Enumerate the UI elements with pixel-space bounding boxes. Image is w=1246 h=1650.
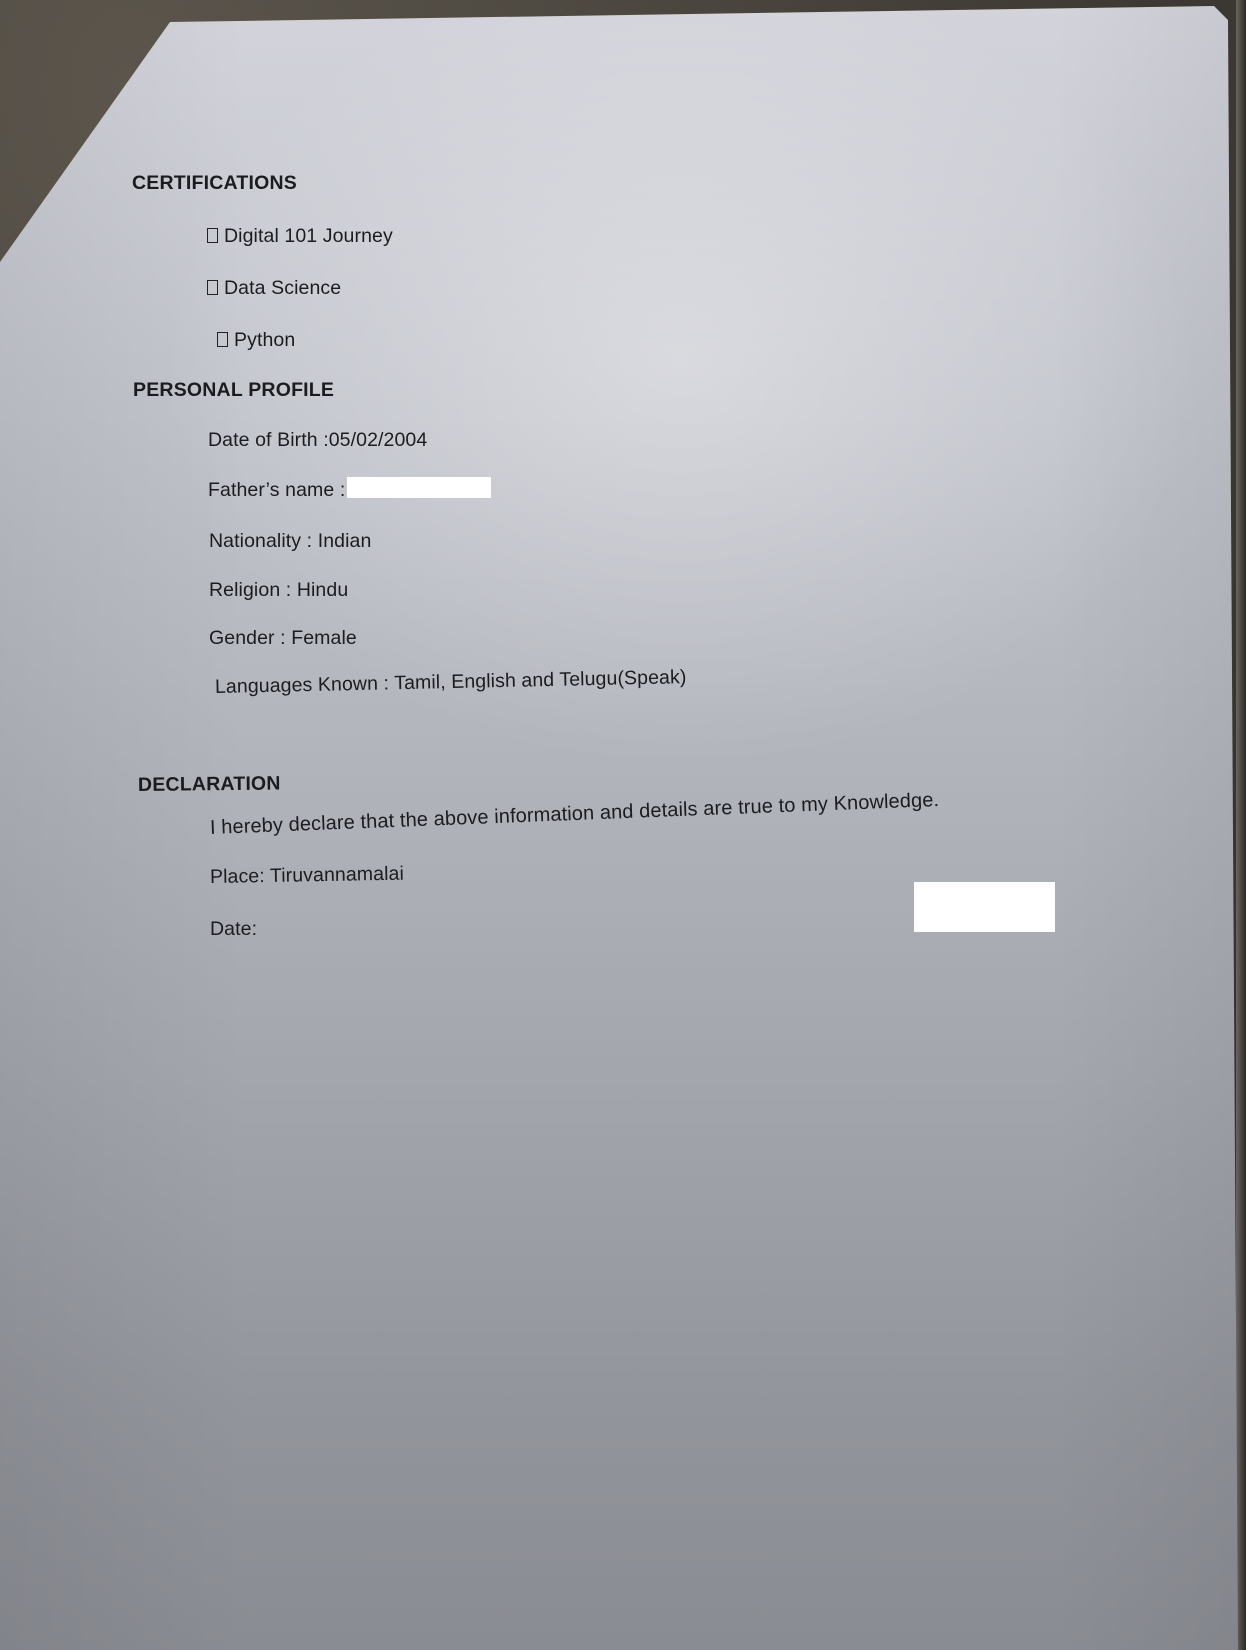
certification-item: Data Science	[207, 277, 341, 300]
declaration-date: Date:	[210, 918, 257, 941]
certification-item: Digital 101 Journey	[207, 225, 393, 248]
field-label: Languages Known :	[215, 672, 395, 698]
profile-field-languages-known: Languages Known : Tamil, English and Tel…	[215, 666, 687, 699]
field-label: Father’s name :	[208, 479, 345, 501]
paper-edge-shadow	[1236, 0, 1246, 1650]
field-label: Nationality :	[209, 530, 318, 552]
profile-field-date-of-birth: Date of Birth :05/02/2004	[208, 429, 427, 452]
section-heading-certifications: CERTIFICATIONS	[132, 172, 297, 195]
field-value: Hindu	[297, 579, 348, 601]
field-value: Indian	[318, 530, 372, 552]
certification-label: Digital 101 Journey	[224, 225, 393, 247]
place-label: Place:	[210, 865, 270, 888]
place-value: Tiruvannamalai	[270, 863, 404, 887]
resume-page: CERTIFICATIONS Digital 101 Journey Data …	[0, 0, 1238, 1650]
field-value: Female	[291, 627, 357, 649]
profile-field-religion: Religion : Hindu	[209, 579, 348, 602]
declaration-statement: I hereby declare that the above informat…	[210, 789, 940, 840]
section-heading-declaration: DECLARATION	[138, 773, 281, 797]
missing-glyph-bullet-icon	[217, 332, 228, 347]
field-value: 05/02/2004	[329, 429, 428, 451]
profile-field-nationality: Nationality : Indian	[209, 530, 371, 553]
redaction-box-fathers-name	[347, 477, 491, 498]
section-heading-personal-profile: PERSONAL PROFILE	[133, 379, 334, 402]
certification-label: Python	[234, 329, 295, 351]
profile-field-fathers-name: Father’s name :	[208, 479, 345, 502]
missing-glyph-bullet-icon	[207, 228, 218, 243]
field-label: Date of Birth :	[208, 429, 329, 451]
field-value: Tamil, English and Telugu(Speak)	[394, 666, 687, 694]
profile-field-gender: Gender : Female	[209, 627, 357, 650]
certification-item: Python	[217, 329, 295, 352]
field-label: Religion :	[209, 579, 297, 601]
missing-glyph-bullet-icon	[207, 280, 218, 295]
field-label: Gender :	[209, 627, 291, 649]
redaction-box-signature	[914, 882, 1055, 932]
declaration-place: Place: Tiruvannamalai	[210, 863, 404, 889]
certification-label: Data Science	[224, 277, 341, 299]
